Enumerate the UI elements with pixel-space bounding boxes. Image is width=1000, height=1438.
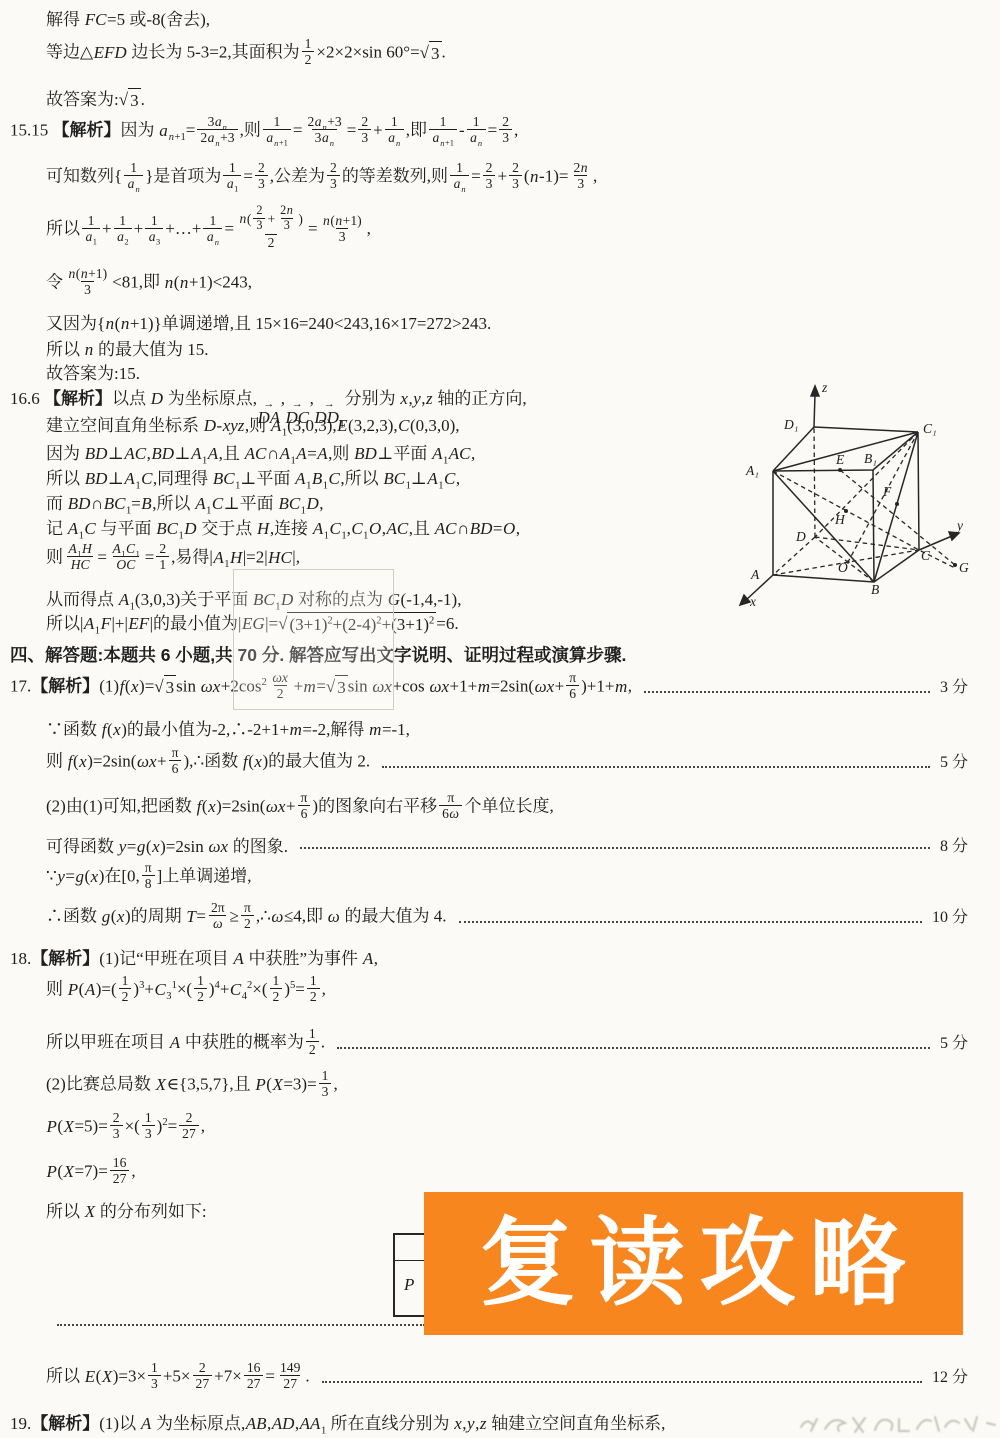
solution-line: 可得函数 y=g(x)=2sin ωx 的图象.8 分: [0, 835, 968, 859]
math-text: 则 P(A)=(12)3+C31×(12)4+C42×(12)5=12,: [46, 975, 326, 1006]
figure-label: x: [749, 594, 756, 609]
figure-label: C: [921, 548, 931, 563]
promo-banner: 复读攻略: [424, 1192, 963, 1335]
figure-label: A: [750, 567, 760, 582]
figure-label: A₁: [745, 463, 759, 478]
math-text: 故答案为:√3.: [46, 88, 145, 113]
solution-line: 15.15 【解析】因为 an+1=3an2an+3,则1an+1=2an+33…: [0, 116, 968, 147]
math-text: 所以 X 的分布列如下:: [46, 1200, 207, 1224]
solution-line: 又因为{n(n+1)}单调递增,且 15×16=240<243,16×17=27…: [0, 312, 968, 336]
math-text: ∴函数 g(x)的周期 T=2πω≥π2,∴ω≤4,即 ω 的最大值为 4.: [46, 902, 447, 933]
figure-label: D₁: [783, 417, 798, 432]
cube-figure: zD₁C₁A₁B₁EFHDyCGOABx: [726, 374, 1000, 618]
math-text: 等边△EFD 边长为 5-3=2,其面积为12×2×2×sin 60°=√3.: [46, 38, 446, 69]
solution-line: (2)比赛总局数 X∈{3,5,7},且 P(X=3)=13,: [0, 1070, 968, 1101]
math-text: ∵函数 f(x)的最小值为-2,∴-2+1+m=-2,解得 m=-1,: [46, 718, 410, 742]
dotted-leader: [322, 1381, 922, 1383]
solution-line: (2)由(1)可知,把函数 f(x)=2sin(ωx+π6)的图象向右平移π6ω…: [0, 792, 968, 823]
solution-line: P(X=5)=23×(13)2=227,: [0, 1112, 968, 1143]
math-text: (2)由(1)可知,把函数 f(x)=2sin(ωx+π6)的图象向右平移π6ω…: [46, 792, 554, 823]
figure-label: y: [955, 518, 963, 533]
math-text: 因为 BD⊥AC,BD⊥A1A,且 AC∩A1A=A,则 BD⊥平面 A1AC,: [46, 442, 475, 466]
solution-line: 所以 E(X)=3×13+5×227+7×1627=14927.12 分: [0, 1362, 968, 1393]
figure-label: z: [821, 380, 828, 395]
math-text: 可得函数 y=g(x)=2sin ωx 的图象.: [46, 835, 288, 859]
solution-line: 可知数列{1an}是首项为1a1=23,公差为23的等差数列,则1an=23+2…: [0, 162, 968, 193]
math-text: 则 f(x)=2sin(ωx+π6),∴函数 f(x)的最大值为 2.: [46, 747, 370, 778]
math-text: 记 A1C 与平面 BC1D 交于点 H,连接 A1C1,C1O,AC,且 AC…: [46, 517, 520, 541]
math-text: 所以 n 的最大值为 15.: [46, 338, 209, 362]
figure-label: B: [871, 582, 879, 597]
dotted-leader: [300, 847, 930, 849]
promo-banner-text: 复读攻略: [480, 1216, 920, 1312]
dotted-leader: [337, 1047, 930, 1049]
solution-line: 解得 FC=5 或-8(舍去),: [0, 8, 968, 32]
illegible-stamp: [795, 1405, 1000, 1438]
math-text: 所以 E(X)=3×13+5×227+7×1627=14927.: [46, 1362, 310, 1393]
score-mark: 3 分: [940, 676, 968, 700]
math-text: ∵y=g(x)在[0,π8]上单调递增,: [46, 862, 252, 893]
math-text: 故答案为:15.: [46, 362, 140, 386]
figure-label: O: [838, 560, 848, 575]
solution-line: 则 P(A)=(12)3+C31×(12)4+C42×(12)5=12,: [0, 975, 968, 1006]
math-text: 所以1a1+1a2+1a3+…+1an=n(23+2n3)2=n(n+1)3,: [46, 208, 371, 253]
math-text: 又因为{n(n+1)}单调递增,且 15×16=240<243,16×17=27…: [46, 312, 491, 336]
figure-label: G: [959, 560, 969, 575]
dotted-leader: [644, 691, 930, 693]
solution-line: 所以1a1+1a2+1a3+…+1an=n(23+2n3)2=n(n+1)3,: [0, 208, 968, 253]
math-text: 而 BD∩BC1=B,所以 A1C⊥平面 BC1D,: [46, 492, 323, 516]
dotted-leader: [459, 921, 922, 923]
math-text: 建立空间直角坐标系 D-xyz,则 A1(3,0,3),E(3,2,3),C(0…: [46, 414, 460, 438]
figure-label: F: [882, 484, 892, 499]
solution-line: P(X=7)=1627,: [0, 1157, 968, 1188]
math-text: P(X=7)=1627,: [46, 1157, 136, 1188]
dotted-rule: [57, 1324, 425, 1326]
math-text: (2)比赛总局数 X∈{3,5,7},且 P(X=3)=13,: [46, 1070, 338, 1101]
solution-line: ∵函数 f(x)的最小值为-2,∴-2+1+m=-2,解得 m=-1,: [0, 718, 968, 742]
figure-label: H: [834, 512, 846, 527]
solution-line: ∵y=g(x)在[0,π8]上单调递增,: [0, 862, 968, 893]
solution-line: 故答案为:√3.: [0, 88, 968, 113]
math-text: 可知数列{1an}是首项为1a1=23,公差为23的等差数列,则1an=23+2…: [46, 162, 597, 193]
solution-line: 则 f(x)=2sin(ωx+π6),∴函数 f(x)的最大值为 2.5 分: [0, 747, 968, 778]
solution-line: 17.【解析】(1)f(x)=√3sin ωx+2cos2ωx2+m=√3sin…: [0, 672, 968, 703]
score-mark: 5 分: [940, 751, 968, 775]
solution-line: 18.【解析】(1)记“甲班在项目 A 中获胜”为事件 A,: [0, 947, 968, 971]
figure-label: B₁: [864, 451, 877, 466]
math-text: 15.15 【解析】因为 an+1=3an2an+3,则1an+1=2an+33…: [10, 116, 518, 147]
math-text: 令n(n+1)3<81,即 n(n+1)<243,: [46, 268, 252, 299]
score-mark: 8 分: [940, 835, 968, 859]
figure-label: E: [835, 452, 845, 467]
solution-line: 等边△EFD 边长为 5-3=2,其面积为12×2×2×sin 60°=√3.: [0, 38, 968, 69]
solution-line: ∴函数 g(x)的周期 T=2πω≥π2,∴ω≤4,即 ω 的最大值为 4.10…: [0, 902, 968, 933]
math-text: P(X=5)=23×(13)2=227,: [46, 1112, 205, 1143]
math-text: 19.【解析】(1)以 A 为坐标原点,AB,AD,AA1 所在直线分别为 x,…: [10, 1412, 665, 1436]
solution-line: 令n(n+1)3<81,即 n(n+1)<243,: [0, 268, 968, 299]
score-mark: 10 分: [932, 906, 968, 930]
figure-label: D: [795, 529, 806, 544]
score-mark: 12 分: [932, 1366, 968, 1390]
math-text: 18.【解析】(1)记“甲班在项目 A 中获胜”为事件 A,: [10, 947, 378, 971]
solution-line: 所以甲班在项目 A 中获胜的概率为12.5 分: [0, 1028, 968, 1059]
math-text: 所以 BD⊥A1C,同理得 BC1⊥平面 A1B1C,所以 BC1⊥A1C,: [46, 467, 460, 491]
solution-line: 所以 n 的最大值为 15.: [0, 338, 968, 362]
math-text: 解得 FC=5 或-8(舍去),: [46, 8, 210, 32]
figure-label: C₁: [923, 421, 937, 436]
dotted-leader: [382, 766, 930, 768]
scan-artifact-box: [233, 569, 394, 710]
table-cell-p: P: [404, 1275, 414, 1295]
section-header: 四、解答题:本题共 6 小题,共 70 分. 解答应写出文字说明、证明过程或演算…: [0, 643, 968, 667]
math-text: 所以甲班在项目 A 中获胜的概率为12.: [46, 1028, 325, 1059]
score-mark: 5 分: [940, 1032, 968, 1056]
